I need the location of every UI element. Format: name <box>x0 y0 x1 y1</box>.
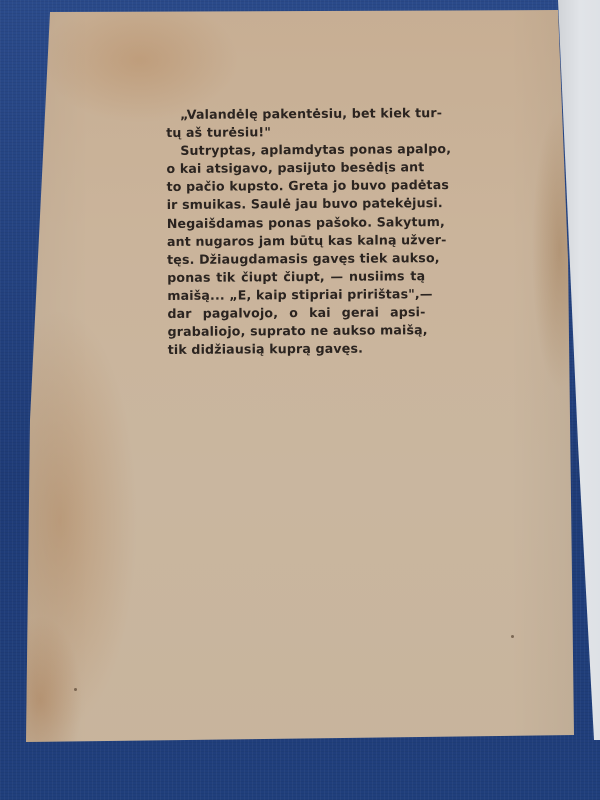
text-line: maišą... „E, kaip stipriai pririštas",— <box>167 285 425 305</box>
text-line: tų aš turėsiu!" <box>166 122 424 142</box>
text-line: ponas tik čiupt čiupt, — nusiims tą <box>167 267 425 287</box>
paper-speck <box>74 688 77 691</box>
text-line: Negaišdamas ponas pašoko. Sakytum, <box>167 213 425 233</box>
paper-speck <box>511 635 514 638</box>
text-line: tęs. Džiaugdamasis gavęs tiek aukso, <box>167 249 425 269</box>
text-line: ant nugaros jam būtų kas kalną užver- <box>167 231 425 251</box>
text-line: dar pagalvojo, o kai gerai apsi- <box>167 303 425 323</box>
book-page: „Valandėlę pakentėsiu, bet kiek tur- tų … <box>0 0 600 800</box>
text-line: ir smuikas. Saulė jau buvo patekėjusi. <box>167 195 425 215</box>
text-line: tik didžiausią kuprą gavęs. <box>168 339 426 359</box>
text-line: grabaliojo, suprato ne aukso maišą, <box>168 321 426 341</box>
text-line: o kai atsigavo, pasijuto besėdįs ant <box>166 158 424 178</box>
text-line: to pačio kupsto. Greta jo buvo padėtas <box>167 177 425 197</box>
text-line: „Valandėlę pakentėsiu, bet kiek tur- <box>166 104 424 124</box>
text-line: Sutryptas, aplamdytas ponas apalpo, <box>166 140 424 160</box>
page-text: „Valandėlę pakentėsiu, bet kiek tur- tų … <box>166 104 426 359</box>
